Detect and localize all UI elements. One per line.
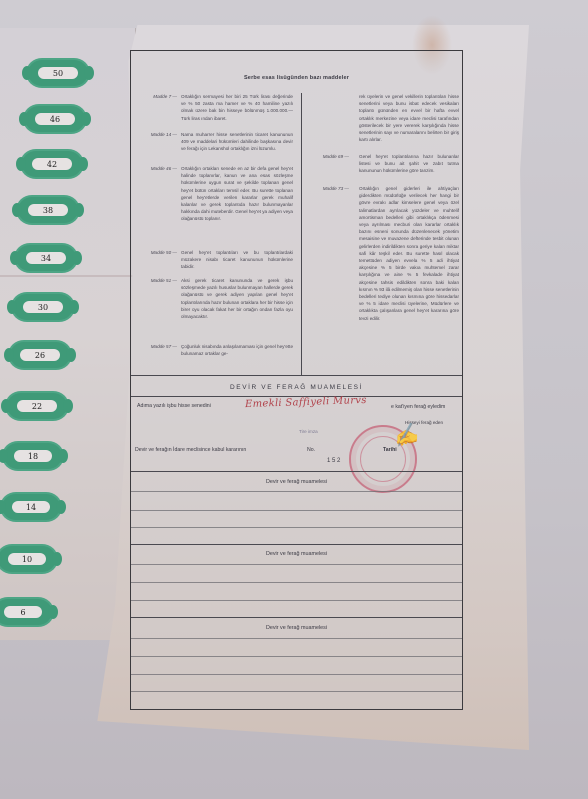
coupon-42: 42 [22,151,82,177]
entry-line [131,510,462,511]
entry-line [131,656,462,657]
transferee-name-handwritten: Emekli Saffiyeli Murvs [245,395,367,410]
fold-crease [0,275,135,277]
section-border-1 [131,471,462,472]
transfer-section-2-title: Devir ve ferağ muamelesi [131,551,462,557]
entry-line [131,600,462,601]
coupon-6: 6 [0,599,52,625]
coupon-10: 10 [0,546,56,572]
rules-title: Serbe esas lisügünden bazı maddeler [131,75,462,81]
certificate-frame: Serbe esas lisügünden bazı maddeler Madd… [130,50,463,710]
transfer-section-1-title: Devir ve ferağ muamelesi [131,479,462,485]
rules-section-border [131,375,462,376]
transfer-title: DEVİR VE FERAĞ MUAMELESİ [131,384,462,391]
section-border-3 [131,617,462,618]
section-border-2 [131,544,462,545]
entry-line [131,582,462,583]
coupon-50: 50 [28,60,88,86]
decision-no-label: No. [307,447,315,453]
coupon-sheet: 50 46 42 38 34 30 26 22 18 14 10 6 [0,28,136,640]
coupon-14: 14 [2,494,60,520]
stamp-header: Tire imza [299,429,318,434]
coupon-22: 22 [7,393,67,419]
entry-line [131,564,462,565]
entry-line [131,674,462,675]
coupon-26: 26 [10,342,70,368]
entry-line [131,638,462,639]
coupon-18: 18 [4,443,62,469]
transfer-name-suffix: e kat'iyen ferağ eyledim [391,404,445,410]
coupon-34: 34 [16,245,76,271]
coupon-30: 30 [13,294,73,320]
column-divider [301,93,302,375]
transfer-name-label: Adıma yazılı işbu hisse senedini [137,403,211,409]
entry-line [131,491,462,492]
decision-date-label: Tarihi [383,447,397,453]
decision-no-value: 1 5 2 [327,458,340,464]
entry-line [131,527,462,528]
board-decision-label: Devir ve ferağın İdare meclisince kabul … [135,447,246,453]
entry-line [131,691,462,692]
coupon-38: 38 [18,197,78,223]
transfer-section-3-title: Devir ve ferağ muamelesi [131,625,462,631]
coupon-46: 46 [25,106,85,132]
